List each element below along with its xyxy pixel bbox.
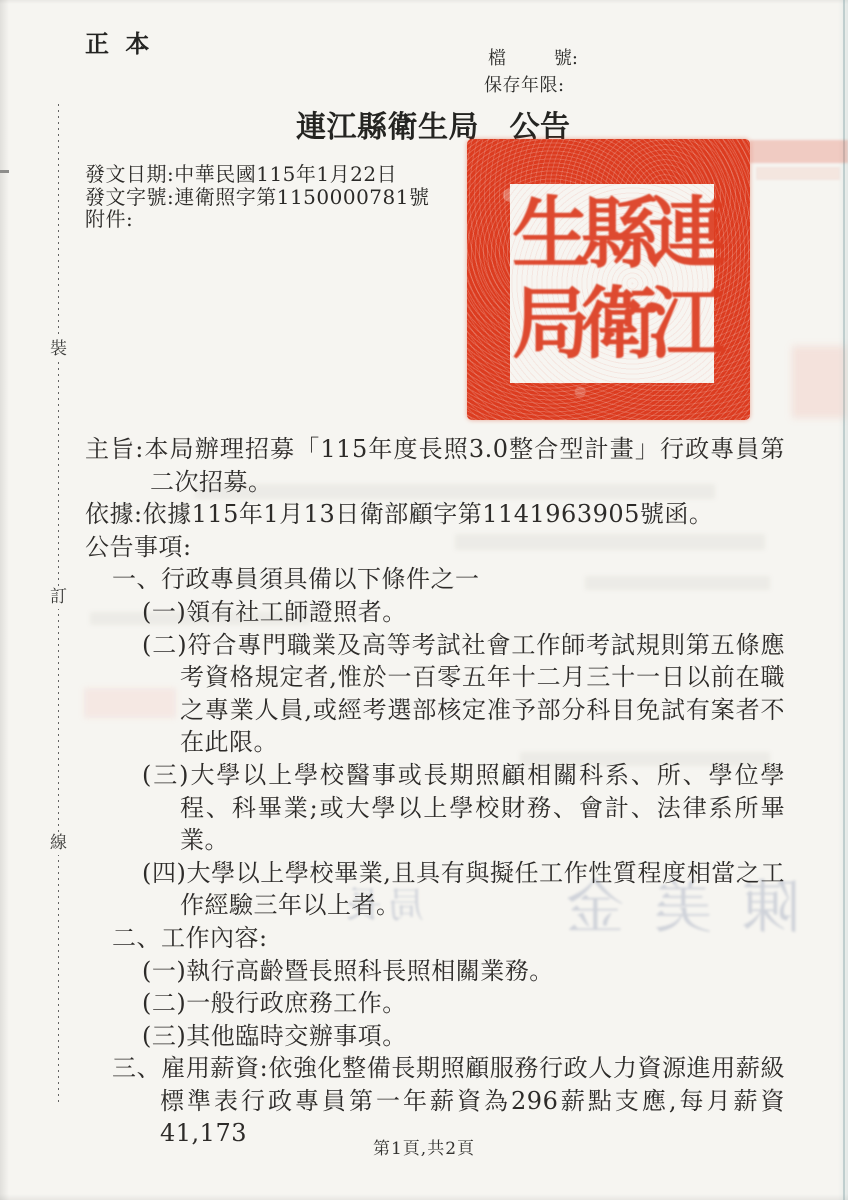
binding-mark: 裝 <box>49 338 68 361</box>
body-line-marker: (一) <box>142 957 186 985</box>
seal-smear-artifact <box>750 140 848 163</box>
doc-number-line: 發文字號:連衛照字第1150000781號 <box>85 186 429 209</box>
body-line-text: 依據115年1月13日衛部顧字第1141963905號函。 <box>143 500 714 528</box>
announcement-body: 主旨:本局辦理招募「115年度長照3.0整合型計畫」行政專員第二次招募。依據:依… <box>85 433 785 1150</box>
body-line: (二)符合專門職業及高等考試社會工作師考試規則第五條應考資格規定者,惟於一百零五… <box>142 629 785 759</box>
body-line-marker: (三) <box>142 761 189 789</box>
body-line-marker: (三) <box>142 1022 186 1050</box>
body-line-text: 執行高齡暨長照科長照相關業務。 <box>186 957 554 985</box>
body-line: 依據:依據115年1月13日衛部顧字第1141963905號函。 <box>85 498 785 531</box>
body-line-marker: 一、 <box>112 565 161 593</box>
retention-period-label: 保存年限: <box>484 71 565 97</box>
body-line-marker: 三、 <box>112 1054 161 1082</box>
issue-date-line: 發文日期:中華民國115年1月22日 <box>85 163 429 186</box>
seal-speckle-artifact <box>756 167 840 180</box>
body-line-text: 工作內容: <box>161 924 268 952</box>
official-seal-stamp: 連江縣衛生局 <box>467 139 750 420</box>
body-line-marker: 公告事項: <box>85 533 192 561</box>
body-line-text: 領有社工師證照者。 <box>186 598 407 626</box>
body-line-text: 符合專門職業及高等考試社會工作師考試規則第五條應考資格規定者,惟於一百零五年十二… <box>180 631 785 757</box>
binding-mark: 訂 <box>49 586 68 609</box>
body-line-marker: 主旨: <box>85 435 144 463</box>
seal-blotch-artifact <box>792 346 846 418</box>
copy-type-label: 正 本 <box>85 24 153 59</box>
body-line: 公告事項: <box>85 531 785 564</box>
attachment-line: 附件: <box>85 208 429 231</box>
body-line-text: 其他臨時交辦事項。 <box>186 1022 407 1050</box>
body-line-marker: (一) <box>142 598 186 626</box>
body-line-text: 一般行政庶務工作。 <box>186 989 407 1017</box>
body-line: (三)大學以上學校醫事或長期照顧相關科系、所、學位學程、科畢業;或大學以上學校財… <box>142 759 785 857</box>
seal-text: 連江縣衛生局 <box>510 184 714 383</box>
body-line-marker: (四) <box>142 859 186 887</box>
body-line: 一、行政專員須具備以下條件之一 <box>112 563 785 596</box>
binding-mark: 線 <box>49 832 68 855</box>
body-line-marker: 依據: <box>85 500 143 528</box>
body-line: (二)一般行政庶務工作。 <box>142 987 785 1020</box>
body-line: 二、工作內容: <box>112 922 785 955</box>
body-line-text: 大學以上學校醫事或長期照顧相關科系、所、學位學程、科畢業;或大學以上學校財務、會… <box>180 761 785 854</box>
file-number-label: 檔 號: <box>488 44 578 70</box>
body-line-marker: (二) <box>142 989 186 1017</box>
body-line: (四)大學以上學校畢業,且具有與擬任工作性質程度相當之工作經驗三年以上者。 <box>142 857 785 922</box>
scanned-announcement-page: 裝訂線 正 本 檔 號: 保存年限: 連江縣衛生局 公告 發文日期:中華民國11… <box>0 0 848 1200</box>
page-number: 第1頁,共2頁 <box>0 1134 848 1159</box>
body-line: 主旨:本局辦理招募「115年度長照3.0整合型計畫」行政專員第二次招募。 <box>85 433 785 498</box>
body-line: (一)領有社工師證照者。 <box>142 596 785 629</box>
body-line: (一)執行高齡暨長照科長照相關業務。 <box>142 955 785 988</box>
scan-left-tick <box>0 170 9 173</box>
document-meta: 發文日期:中華民國115年1月22日 發文字號:連衛照字第1150000781號… <box>85 163 429 231</box>
seal-inner-face: 連江縣衛生局 <box>510 184 714 383</box>
body-line-marker: (二) <box>142 631 187 659</box>
body-line-marker: 二、 <box>112 924 161 952</box>
body-line-text: 行政專員須具備以下條件之一 <box>161 565 480 593</box>
body-line-text: 本局辦理招募「115年度長照3.0整合型計畫」行政專員第二次招募。 <box>144 435 785 496</box>
body-line: (三)其他臨時交辦事項。 <box>142 1020 785 1053</box>
body-line-text: 大學以上學校畢業,且具有與擬任工作性質程度相當之工作經驗三年以上者。 <box>180 859 785 920</box>
scan-right-edge <box>843 0 845 1200</box>
